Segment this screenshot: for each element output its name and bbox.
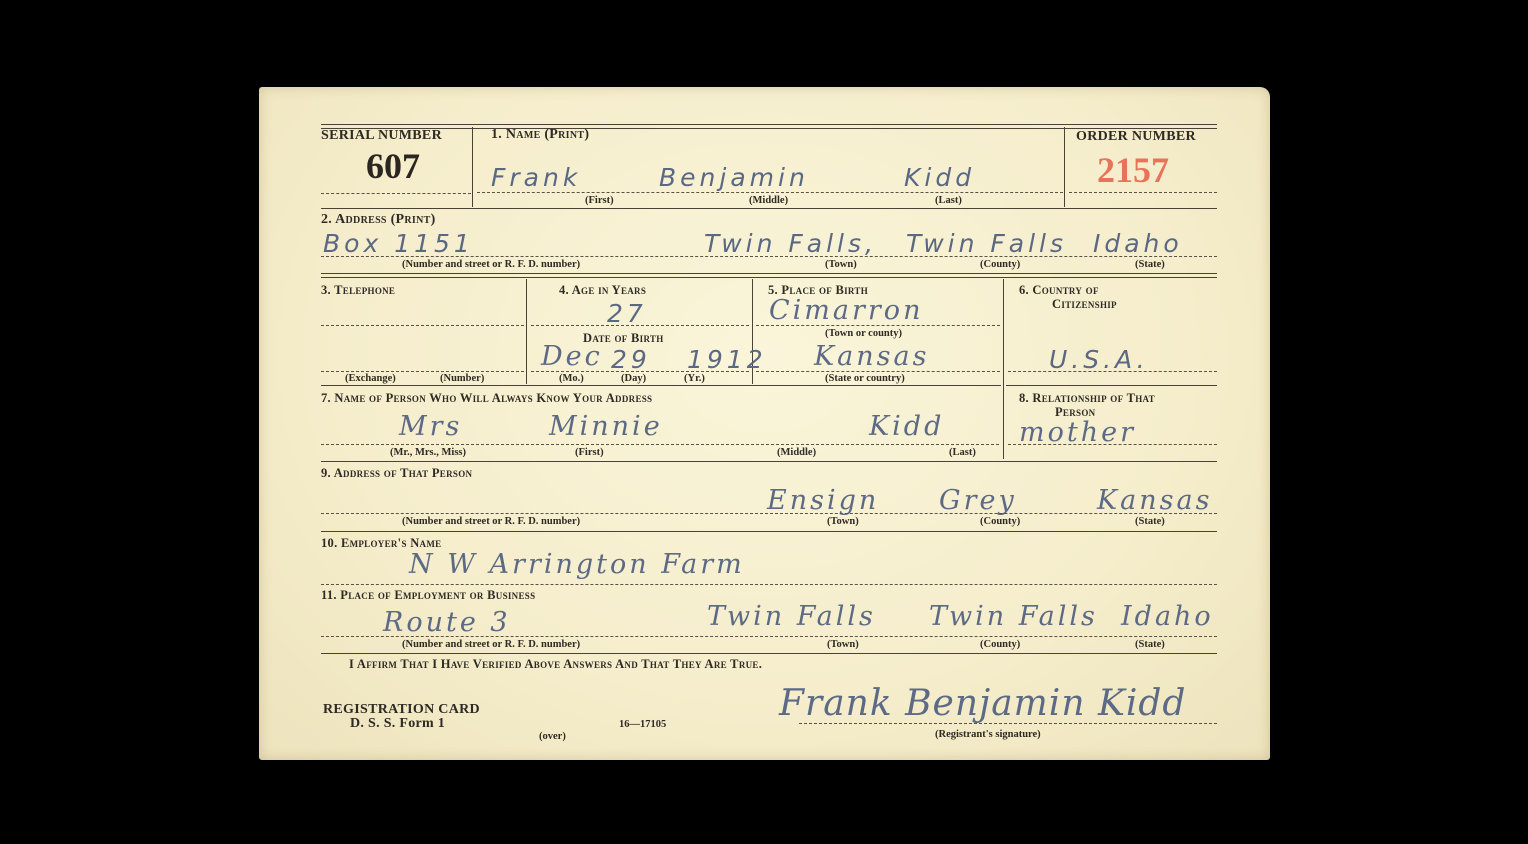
employment-state-caption: (State) <box>1135 639 1165 650</box>
order-number-value: 2157 <box>1097 149 1169 191</box>
dob-year: 1912 <box>687 345 767 374</box>
divider <box>1064 127 1065 207</box>
serial-number-label: SERIAL NUMBER <box>321 128 442 144</box>
birthplace-town-caption: (Town or county) <box>825 328 902 339</box>
contact-address-county: Grey <box>939 485 1017 516</box>
contact-label: 7. Name of Person Who Will Always Know Y… <box>321 391 652 406</box>
serial-number-value: 607 <box>366 145 420 187</box>
employment-town-caption: (Town) <box>827 639 859 650</box>
name-last: Kidd <box>904 163 975 192</box>
order-number-label: ORDER NUMBER <box>1076 129 1196 145</box>
divider <box>526 279 527 384</box>
address-street-caption: (Number and street or R. F. D. number) <box>402 259 580 270</box>
name-last-caption: (Last) <box>935 195 962 206</box>
birthplace-state: Kansas <box>814 341 929 372</box>
affirm-text: I Affirm That I Have Verified Above Answ… <box>349 657 762 672</box>
employer-value: N W Arrington Farm <box>409 549 745 580</box>
row-rule <box>321 531 1217 532</box>
address-town: Twin Falls, <box>704 229 877 258</box>
contact-address-state: Kansas <box>1097 485 1212 516</box>
divider <box>472 127 473 207</box>
employment-label: 11. Place of Employment or Business <box>321 588 535 603</box>
employment-town: Twin Falls <box>707 601 876 632</box>
contact-address-county-caption: (County) <box>980 516 1020 527</box>
address-county: Twin Falls <box>906 229 1067 258</box>
contact-last: Kidd <box>869 411 944 442</box>
contact-address-town-caption: (Town) <box>827 516 859 527</box>
over-text: (over) <box>539 731 566 742</box>
contact-address-state-caption: (State) <box>1135 516 1165 527</box>
birthplace-state-caption: (State or country) <box>825 373 905 384</box>
citizenship-label-2: Citizenship <box>1052 297 1117 312</box>
age-value: 27 <box>607 299 647 328</box>
address-state: Idaho <box>1093 229 1183 258</box>
row-rule <box>321 208 1217 209</box>
birthplace-town-dash <box>756 325 1000 326</box>
contact-title: Mrs <box>399 411 462 442</box>
row-rule <box>321 385 1001 386</box>
dob-month: Dec <box>541 341 603 372</box>
print-code: 16—17105 <box>619 719 666 730</box>
contact-address-label: 9. Address of That Person <box>321 466 472 481</box>
address-town-caption: (Town) <box>825 259 857 270</box>
order-dash <box>1069 192 1217 193</box>
dob-year-caption: (Yr.) <box>684 373 705 384</box>
age-label: 4. Age in Years <box>559 283 646 298</box>
signature-dash <box>799 723 1217 724</box>
employment-street-caption: (Number and street or R. F. D. number) <box>402 639 580 650</box>
contact-address-street-caption: (Number and street or R. F. D. number) <box>402 516 580 527</box>
form-number: D. S. S. Form 1 <box>350 716 445 732</box>
registrant-signature: Frank Benjamin Kidd <box>779 683 1186 724</box>
birthplace-state-dash <box>756 371 1000 372</box>
serial-dash <box>321 193 471 194</box>
address-dash <box>321 256 1217 257</box>
name-dash <box>477 192 1063 193</box>
dob-day: 29 <box>611 345 651 374</box>
row-rule <box>321 653 1217 654</box>
address-state-caption: (State) <box>1135 259 1165 270</box>
address-county-caption: (County) <box>980 259 1020 270</box>
contact-last-caption: (Last) <box>949 447 976 458</box>
contact-address-town: Ensign <box>767 485 879 516</box>
contact-dash <box>321 444 999 445</box>
employment-dash <box>321 636 1217 637</box>
employer-dash <box>321 584 1217 585</box>
name-first-caption: (First) <box>585 195 614 206</box>
row-rule <box>1006 385 1217 386</box>
name-middle: Benjamin <box>659 163 809 192</box>
dob-day-caption: (Day) <box>621 373 646 384</box>
contact-middle-caption: (Middle) <box>777 447 816 458</box>
address-label: 2. Address (Print) <box>321 212 436 228</box>
telephone-dash <box>321 325 524 326</box>
age-dash <box>531 325 749 326</box>
dob-dash <box>531 371 749 372</box>
relationship-label: 8. Relationship of That <box>1019 391 1155 406</box>
citizenship-value: U.S.A. <box>1049 345 1149 374</box>
telephone-exchange-caption: (Exchange) <box>345 373 396 384</box>
telephone-dash-2 <box>321 371 524 372</box>
row-rule <box>321 273 1217 278</box>
telephone-number-caption: (Number) <box>440 373 484 384</box>
telephone-label: 3. Telephone <box>321 283 395 298</box>
divider <box>1003 279 1004 459</box>
address-street: Box 1151 <box>323 229 474 258</box>
citizenship-label: 6. Country of <box>1019 283 1099 298</box>
relationship-dash <box>1008 444 1217 445</box>
registration-card: SERIAL NUMBER 607 1. Name (Print) Frank … <box>259 87 1270 760</box>
signature-caption: (Registrant's signature) <box>935 729 1041 740</box>
employment-county-caption: (County) <box>980 639 1020 650</box>
row-rule <box>321 461 1217 462</box>
dob-month-caption: (Mo.) <box>559 373 584 384</box>
contact-first-caption: (First) <box>575 447 604 458</box>
employment-state: Idaho <box>1121 601 1214 632</box>
contact-first: Minnie <box>549 411 663 442</box>
name-first: Frank <box>491 163 581 192</box>
birthplace-town: Cimarron <box>769 295 923 326</box>
employment-street: Route 3 <box>383 607 511 638</box>
name-label: 1. Name (Print) <box>491 127 589 143</box>
contact-address-dash <box>321 513 1217 514</box>
citizenship-dash <box>1008 371 1217 372</box>
employment-county: Twin Falls <box>929 601 1098 632</box>
name-middle-caption: (Middle) <box>749 195 788 206</box>
contact-title-caption: (Mr., Mrs., Miss) <box>390 447 466 458</box>
